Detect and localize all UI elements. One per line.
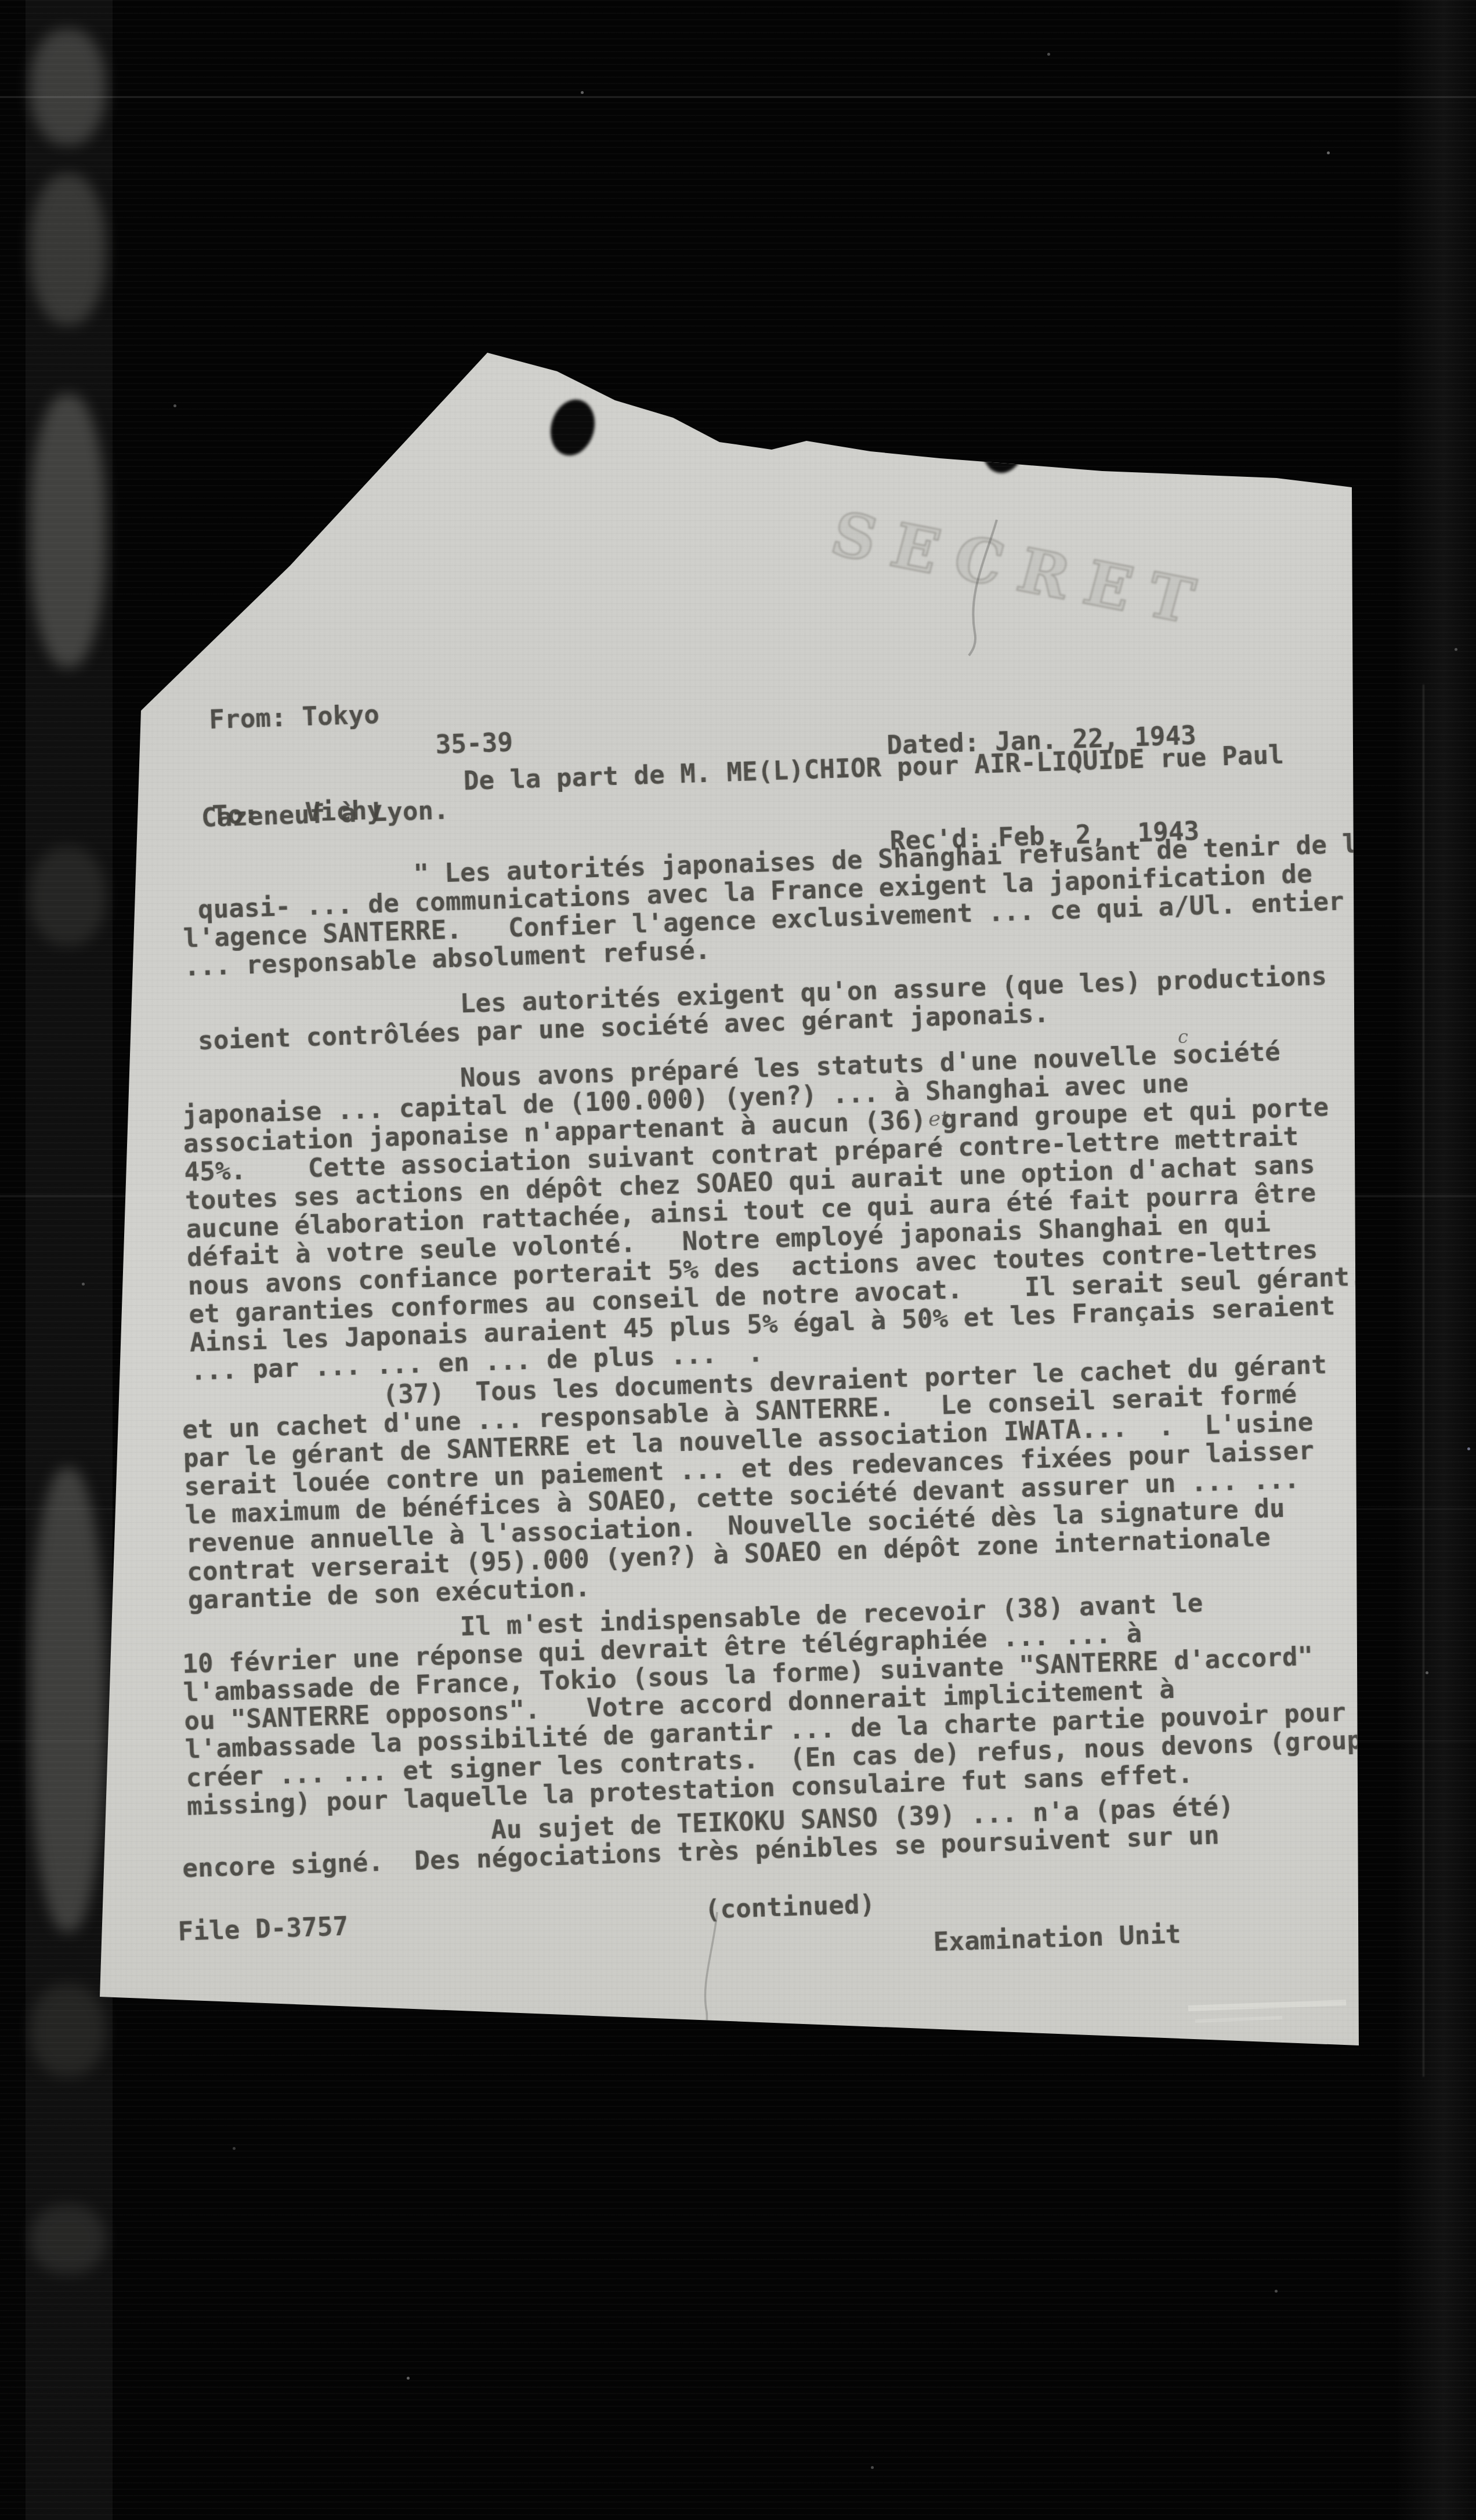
microfilm-frame: SECRET From: Tokyo To: Vichy Dated: Jan.…	[0, 0, 1476, 2520]
document-page: SECRET From: Tokyo To: Vichy Dated: Jan.…	[0, 0, 1476, 2520]
secret-stamp: SECRET	[824, 498, 1218, 640]
film-blotch	[30, 1468, 106, 1932]
file-reference: File D-3757	[178, 1913, 349, 1946]
film-blotch	[30, 174, 106, 325]
pencil-caret-mark: ^	[931, 1138, 944, 1162]
emboss-scratch-bottom-right	[1188, 2003, 1346, 2008]
film-blotch	[30, 2204, 106, 2274]
film-edge-right-band	[1395, 0, 1476, 2520]
header-from-to: From: Tokyo To: Vichy	[207, 635, 385, 896]
header-from: From: Tokyo	[209, 698, 380, 736]
dust-specks	[0, 0, 2, 2]
film-blotch	[30, 29, 106, 145]
examination-unit-signature: Examination Unit	[933, 1920, 1181, 1957]
pencil-stroke-under-continued	[692, 1912, 717, 2065]
paragraph-5: (37) Tous les documents devraient porter…	[181, 1350, 1334, 1615]
film-blotch	[30, 394, 106, 667]
paragraph-6: Il m'est indispensable de recevoir (38) …	[181, 1584, 1379, 1821]
punch-hole-left	[544, 394, 601, 461]
pencil-insert-word: et	[928, 1106, 949, 1131]
film-blotch	[30, 847, 106, 946]
film-scratch-line	[1423, 685, 1424, 2077]
serial-number: 35-39	[435, 729, 513, 759]
film-edge-strip	[26, 0, 113, 2520]
paragraph-4: Nous avons préparé les statuts d'une nou…	[181, 1035, 1368, 1386]
punch-hole-right	[976, 411, 1032, 478]
film-blotch	[30, 1984, 106, 2077]
emboss-scratch-bottom-right-2	[1195, 2018, 1282, 2021]
film-streak	[0, 96, 1476, 98]
continued-note: (continued)	[704, 1891, 876, 1924]
pencil-correction-letter: c	[1177, 1026, 1188, 1048]
